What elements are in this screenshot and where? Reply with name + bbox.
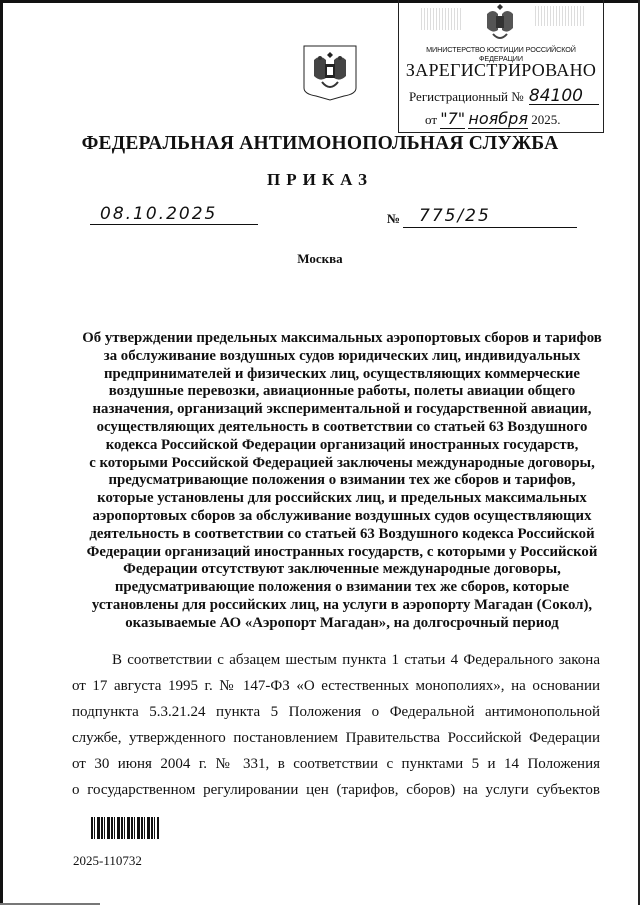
title-line: предусматривающие положения о взимании т… [72,579,612,597]
stamp-date-day: "7" [440,109,465,129]
agency-name: ФЕДЕРАЛЬНАЯ АНТИМОНОПОЛЬНАЯ СЛУЖБА [0,133,640,155]
title-line: предпринимателей и физических лиц, осуще… [72,366,612,384]
order-number-label: № [387,211,400,227]
stamp-status: ЗАРЕГИСТРИРОВАНО [399,60,603,81]
body-paragraph: В соответствии с абзацем шестым пункта 1… [72,647,600,803]
order-title: Об утверждении предельных максимальных а… [72,330,612,633]
order-date-field: 08.10.2025 [90,200,258,225]
title-line: назначения, организаций экспериментально… [72,401,612,419]
stamp-noise [535,6,585,26]
title-line: за обслуживание воздушных судов юридичес… [72,348,612,366]
title-line: деятельность в соответствии со статьей 6… [72,526,612,544]
stamp-emblem-icon [483,2,517,42]
stamp-reg-number: 84100 [529,89,599,105]
body-line: от 17 августа 1995 г. № 147-ФЗ «О естест… [72,673,600,699]
registration-stamp: МИНИСТЕРСТВО ЮСТИЦИИ РОССИЙСКОЙ ФЕДЕРАЦИ… [398,0,604,133]
stamp-reg-line: Регистрационный № 84100 [409,89,599,105]
city: Москва [0,251,640,267]
stamp-date-month: ноября [468,109,528,129]
title-line: Об утверждении предельных максимальных а… [72,330,612,348]
title-line: которые установлены для российских лиц, … [72,490,612,508]
title-line: осуществляющих деятельность в соответств… [72,419,612,437]
order-number-field: 775/25 [403,201,577,228]
barcode-icon [91,817,159,839]
title-line: аэропортовых сборов за обслуживание возд… [72,508,612,526]
stamp-date-year: 2025. [531,112,560,127]
document-id: 2025-110732 [73,853,142,869]
title-line: установлены для российских лиц, на услуг… [72,597,612,615]
document-type: ПРИКАЗ [0,170,640,190]
title-line: кодекса Российской Федерации организаций… [72,437,612,455]
stamp-reg-label: Регистрационный № [409,89,524,104]
stamp-noise [421,8,461,30]
body-line: службе, утвержденного постановлением Пра… [72,725,600,751]
order-number: 775/25 [419,206,491,226]
stamp-date-line: от "7" ноября 2025. [425,109,560,128]
title-line: предусматривающие положения о взимании т… [72,472,612,490]
order-date: 08.10.2025 [100,204,217,224]
title-line: Федерации организаций иностранных госуда… [72,544,612,562]
body-line: от 30 июня 2004 г. № 331, в соответствии… [72,751,600,777]
title-line: воздушные перевозки, авиационные работы,… [72,383,612,401]
title-line: Федерации отсутствуют заключенные междун… [72,561,612,579]
title-line: оказываемые АО «Аэропорт Магадан», на до… [72,615,612,633]
body-line: подпункта 5.3.21.24 пункта 5 Положения о… [72,699,600,725]
coat-of-arms-icon [300,42,360,102]
stamp-date-prefix: от [425,112,437,127]
body-line: В соответствии с абзацем шестым пункта 1… [72,647,600,673]
title-line: с которыми Российской Федерацией заключе… [72,455,612,473]
body-line: о государственном регулировании цен (тар… [72,777,600,803]
